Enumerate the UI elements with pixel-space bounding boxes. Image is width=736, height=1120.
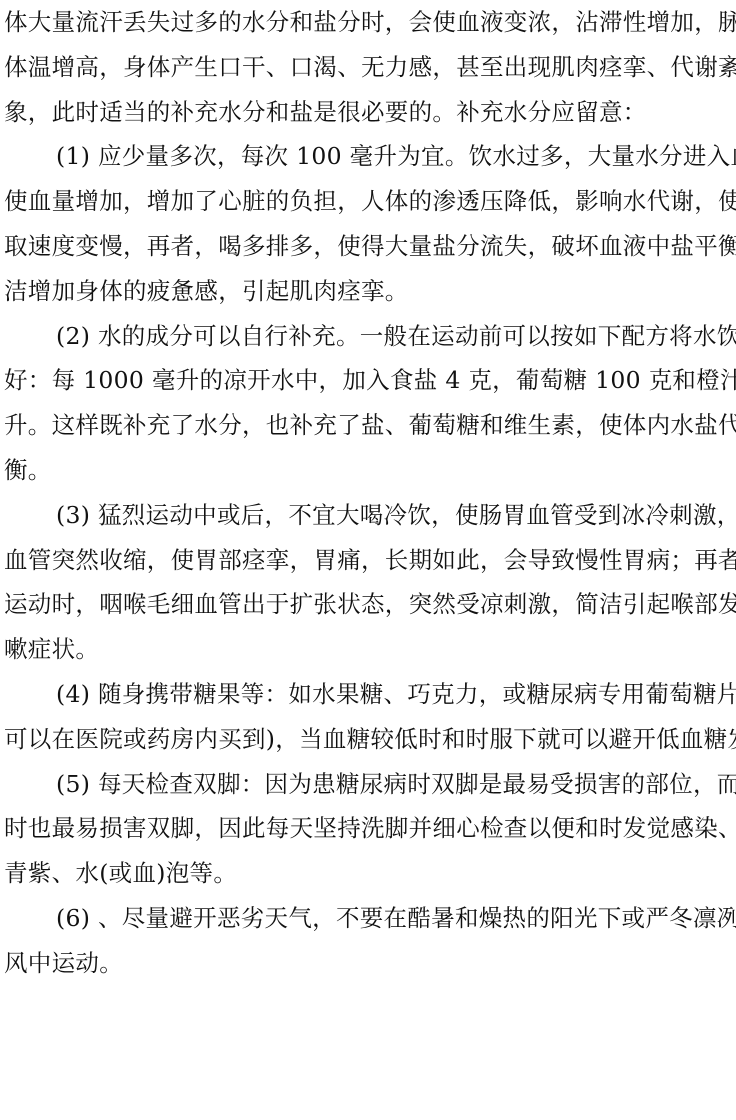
document-page: 体大量流汗丢失过多的水分和盐分时，会使血液变浓，沾滞性增加，脉搏加快， 体温增高…	[4, 0, 734, 986]
text-line: 取速度变慢，再者，喝多排多，使得大量盐分流失，破坏血液中盐平衡，很简	[4, 224, 734, 269]
text-line: (5) 每天检查双脚：因为患糖尿病时双脚是最易受损害的部位，而运动	[4, 762, 734, 807]
text-line: (6) 、尽量避开恶劣天气，不要在酷暑和燥热的阳光下或严冬凛冽的寒	[4, 896, 734, 941]
text-line: (4) 随身携带糖果等：如水果糖、巧克力，或糖尿病专用葡萄糖片(后者	[4, 672, 734, 717]
text-line: 象，此时适当的补充水分和盐是很必要的。补充水分应留意：	[4, 90, 734, 135]
paragraph-item-3: (3) 猛烈运动中或后，不宜大喝冷饮，使肠胃血管受到冰冷刺激，引起 血管突然收缩…	[4, 493, 734, 672]
text-line: 好：每 1000 毫升的凉开水中，加入食盐 4 克，葡萄糖 100 克和橙汁 1…	[4, 358, 734, 403]
paragraph-item-4: (4) 随身携带糖果等：如水果糖、巧克力，或糖尿病专用葡萄糖片(后者 可以在医院…	[4, 672, 734, 762]
paragraph-item-6: (6) 、尽量避开恶劣天气，不要在酷暑和燥热的阳光下或严冬凛冽的寒 风中运动。	[4, 896, 734, 986]
text-line: (3) 猛烈运动中或后，不宜大喝冷饮，使肠胃血管受到冰冷刺激，引起	[4, 493, 734, 538]
text-line: 衡。	[4, 448, 734, 493]
text-line: 体温增高，身体产生口干、口渴、无力感，甚至出现肌肉痉挛、代谢紊乱等现	[4, 45, 734, 90]
text-line: 升。这样既补充了水分，也补充了盐、葡萄糖和维生素，使体内水盐代谢平	[4, 403, 734, 448]
paragraph-intro: 体大量流汗丢失过多的水分和盐分时，会使血液变浓，沾滞性增加，脉搏加快， 体温增高…	[4, 0, 734, 134]
text-line: 嗽症状。	[4, 627, 734, 672]
text-line: 运动时，咽喉毛细血管出于扩张状态，突然受凉刺激，简洁引起喉部发炎，咳	[4, 582, 734, 627]
text-line: 体大量流汗丢失过多的水分和盐分时，会使血液变浓，沾滞性增加，脉搏加快，	[4, 0, 734, 45]
text-line: (2) 水的成分可以自行补充。一般在运动前可以按如下配方将水饮料备	[4, 314, 734, 359]
text-line: 时也最易损害双脚，因此每天坚持洗脚并细心检查以便和时发觉感染、红肿、	[4, 806, 734, 851]
text-line: 风中运动。	[4, 941, 734, 986]
text-line: (1) 应少量多次，每次 100 毫升为宜。饮水过多，大量水分进入血液中，	[4, 134, 734, 179]
paragraph-item-5: (5) 每天检查双脚：因为患糖尿病时双脚是最易受损害的部位，而运动 时也最易损害…	[4, 762, 734, 896]
text-line: 青紫、水(或血)泡等。	[4, 851, 734, 896]
text-line: 血管突然收缩，使胃部痉挛，胃痛，长期如此，会导致慢性胃病；再者，猛烈	[4, 538, 734, 583]
text-line: 可以在医院或药房内买到)，当血糖较低时和时服下就可以避开低血糖发生。	[4, 717, 734, 762]
paragraph-item-1: (1) 应少量多次，每次 100 毫升为宜。饮水过多，大量水分进入血液中， 使血…	[4, 134, 734, 313]
paragraph-item-2: (2) 水的成分可以自行补充。一般在运动前可以按如下配方将水饮料备 好：每 10…	[4, 314, 734, 493]
text-line: 洁增加身体的疲惫感，引起肌肉痉挛。	[4, 269, 734, 314]
text-line: 使血量增加，增加了心脏的负担，人体的渗透压降低，影响水代谢，使水分汲	[4, 179, 734, 224]
